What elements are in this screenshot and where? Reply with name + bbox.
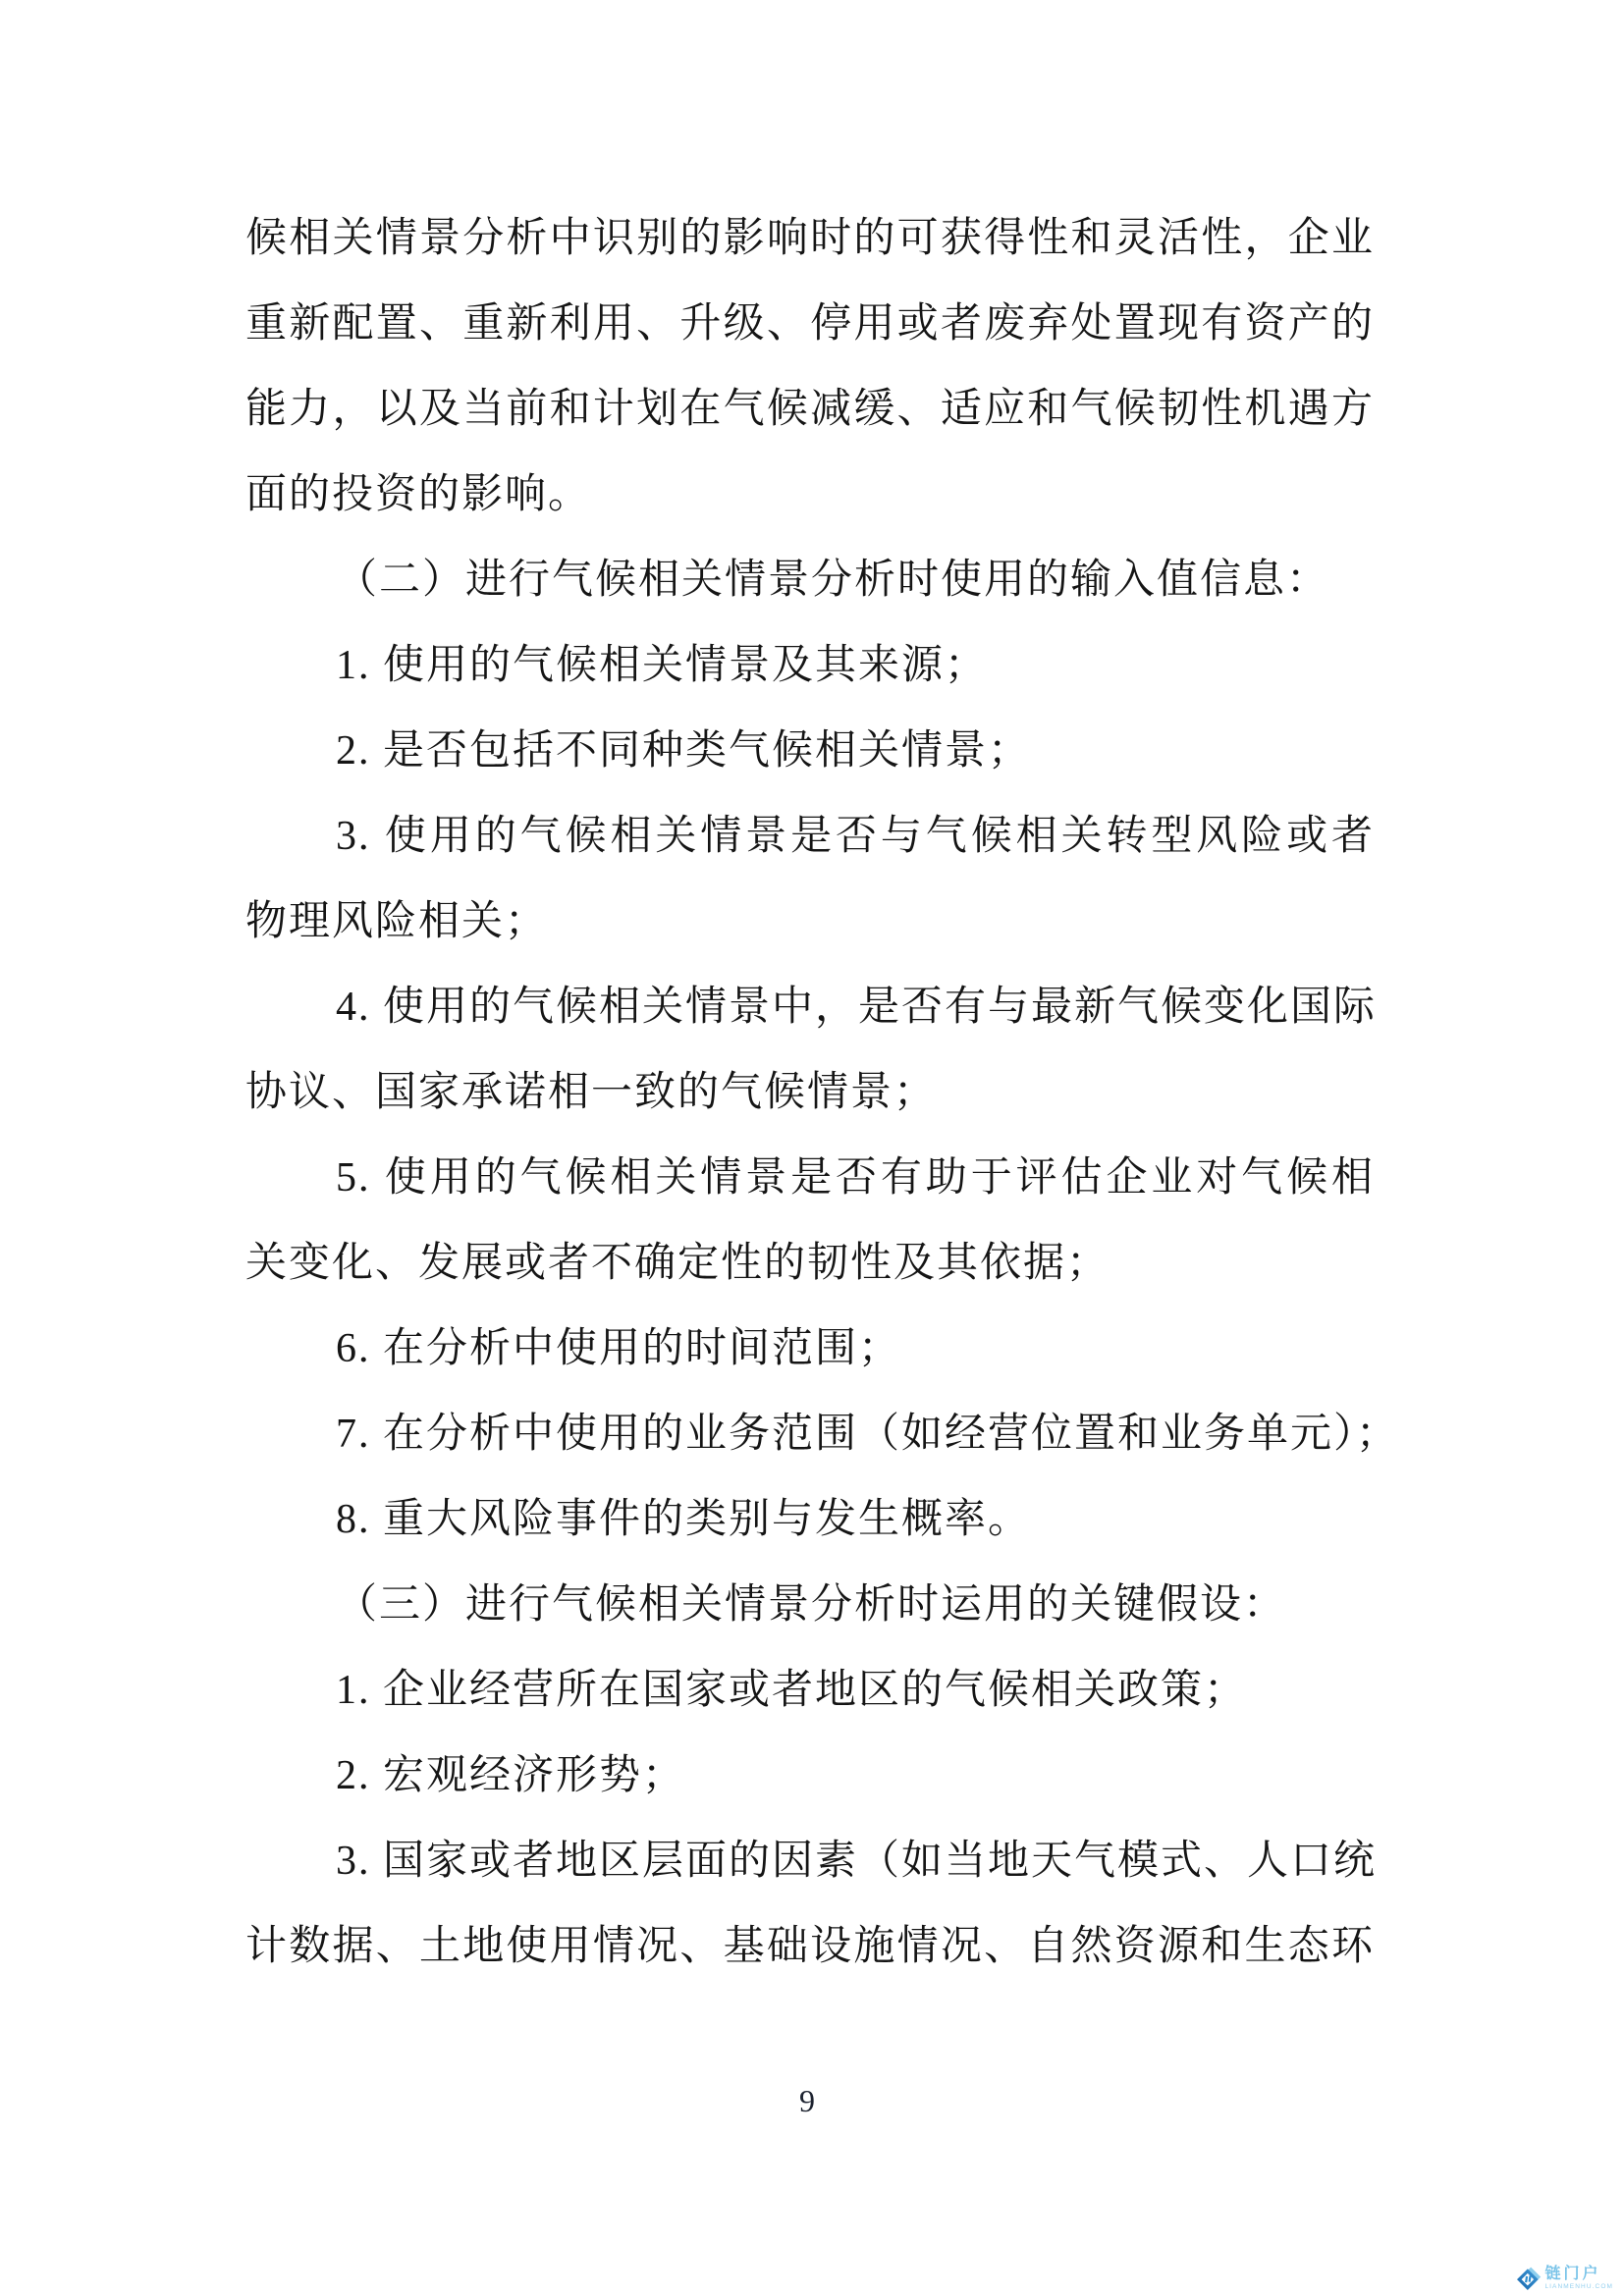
list-item-line: 5. 使用的气候相关情景是否有助于评估企业对气候相 — [245, 1136, 1375, 1221]
watermark-logo: 链门户 LIANMENHU.COM — [1517, 2266, 1613, 2290]
document-body: 候相关情景分析中识别的影响时的可获得性和灵活性，企业 重新配置、重新利用、升级、… — [245, 196, 1375, 1990]
paragraph-line: 物理风险相关； — [245, 880, 1375, 965]
paragraph-line: 面的投资的影响。 — [245, 453, 1375, 538]
paragraph-line: 能力，以及当前和计划在气候减缓、适应和气候韧性机遇方 — [245, 367, 1375, 453]
list-item-line: 7. 在分析中使用的业务范围（如经营位置和业务单元）； — [245, 1392, 1375, 1477]
watermark-text-group: 链门户 LIANMENHU.COM — [1544, 2267, 1613, 2290]
watermark-brand: 链门户 — [1544, 2267, 1613, 2282]
paragraph-line: 关变化、发展或者不确定性的韧性及其依据； — [245, 1221, 1375, 1307]
watermark-domain: LIANMENHU.COM — [1544, 2283, 1613, 2290]
paragraph-line: 重新配置、重新利用、升级、停用或者废弃处置现有资产的 — [245, 282, 1375, 367]
paragraph-line: 协议、国家承诺相一致的气候情景； — [245, 1050, 1375, 1136]
paragraph-line: 计数据、土地使用情况、基础设施情况、自然资源和生态环 — [245, 1904, 1375, 1990]
list-item-line: 3. 使用的气候相关情景是否与气候相关转型风险或者 — [245, 794, 1375, 880]
section-heading-line: （三）进行气候相关情景分析时运用的关键假设： — [245, 1563, 1375, 1648]
list-item-line: 8. 重大风险事件的类别与发生概率。 — [245, 1477, 1375, 1563]
page-number: 9 — [0, 2081, 1614, 2120]
paragraph-line: 候相关情景分析中识别的影响时的可获得性和灵活性，企业 — [245, 196, 1375, 282]
list-item-line: 3. 国家或者地区层面的因素（如当地天气模式、人口统 — [245, 1819, 1375, 1904]
list-item-line: 1. 使用的气候相关情景及其来源； — [245, 623, 1375, 709]
list-item-line: 1. 企业经营所在国家或者地区的气候相关政策； — [245, 1648, 1375, 1734]
list-item-line: 2. 宏观经济形势； — [245, 1734, 1375, 1819]
list-item-line: 2. 是否包括不同种类气候相关情景； — [245, 709, 1375, 794]
list-item-line: 4. 使用的气候相关情景中，是否有与最新气候变化国际 — [245, 965, 1375, 1050]
document-page: 候相关情景分析中识别的影响时的可获得性和灵活性，企业 重新配置、重新利用、升级、… — [0, 0, 1624, 2296]
lianmenhu-diamond-icon — [1517, 2266, 1542, 2290]
section-heading-line: （二）进行气候相关情景分析时使用的输入值信息： — [245, 538, 1375, 623]
list-item-line: 6. 在分析中使用的时间范围； — [245, 1307, 1375, 1392]
